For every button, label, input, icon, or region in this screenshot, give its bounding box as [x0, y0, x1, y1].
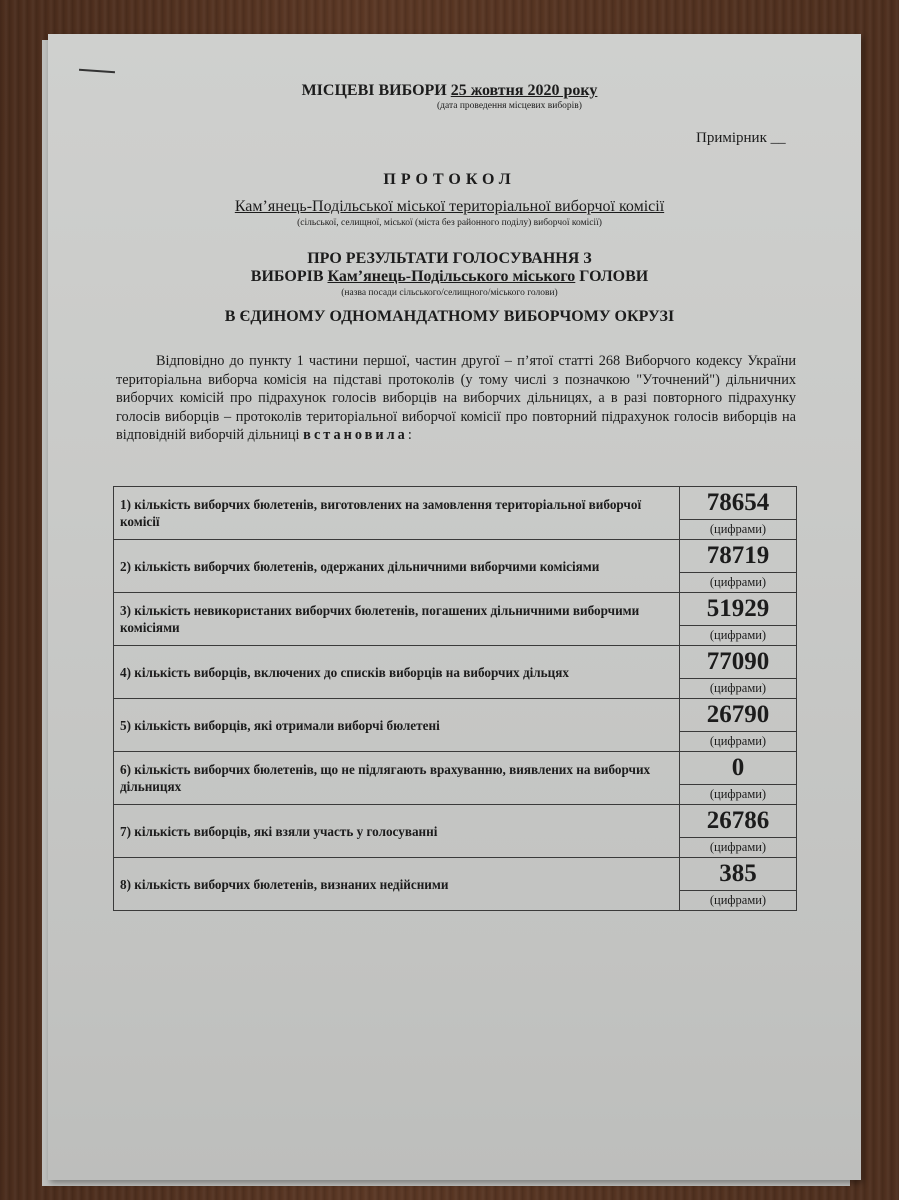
result-value: 26786 [680, 805, 797, 838]
colon: : [408, 427, 412, 443]
preamble-paragraph: Відповідно до пункту 1 частини першої, ч… [116, 352, 796, 445]
digits-hint: (цифрами) [680, 573, 797, 593]
elections-prefix: МІСЦЕВІ ВИБОРИ [302, 82, 447, 99]
result-value: 78719 [680, 540, 797, 573]
result-label: 1) кількість виборчих бюлетенів, виготов… [114, 487, 680, 540]
results-suffix: ГОЛОВИ [579, 268, 648, 285]
result-value: 26790 [680, 699, 797, 732]
elections-heading: МІСЦЕВІ ВИБОРИ 25 жовтня 2020 року [0, 82, 899, 100]
result-label: 2) кількість виборчих бюлетенів, одержан… [114, 540, 680, 593]
result-row: 1) кількість виборчих бюлетенів, виготов… [114, 487, 797, 520]
copy-label: Примірник __ [696, 130, 786, 147]
results-table: 1) кількість виборчих бюлетенів, виготов… [113, 486, 797, 911]
result-label: 3) кількість невикористаних виборчих бюл… [114, 593, 680, 646]
digits-hint: (цифрами) [680, 891, 797, 911]
digits-hint: (цифрами) [680, 520, 797, 540]
result-value: 51929 [680, 593, 797, 626]
result-row: 6) кількість виборчих бюлетенів, що не п… [114, 752, 797, 785]
result-label: 5) кількість виборців, які отримали вибо… [114, 699, 680, 752]
result-row: 8) кількість виборчих бюлетенів, визнани… [114, 858, 797, 891]
result-label: 8) кількість виборчих бюлетенів, визнани… [114, 858, 680, 911]
mayor-city: Кам’янець-Подільського міського [328, 268, 576, 285]
digits-hint: (цифрами) [680, 785, 797, 805]
election-date-hint: (дата проведення місцевих виборів) [437, 101, 582, 111]
results-heading-line2: ВИБОРІВ Кам’янець-Подільського міського … [0, 268, 899, 286]
results-heading-line1: ПРО РЕЗУЛЬТАТИ ГОЛОСУВАННЯ З [0, 250, 899, 268]
result-value: 78654 [680, 487, 797, 520]
result-row: 3) кількість невикористаних виборчих бюл… [114, 593, 797, 626]
result-row: 4) кількість виборців, включених до спис… [114, 646, 797, 679]
digits-hint: (цифрами) [680, 679, 797, 699]
position-hint: (назва посади сільського/селищного/міськ… [0, 288, 899, 298]
result-value: 77090 [680, 646, 797, 679]
digits-hint: (цифрами) [680, 626, 797, 646]
result-label: 7) кількість виборців, які взяли участь … [114, 805, 680, 858]
established-word: встановила [303, 427, 408, 443]
results-prefix: ВИБОРІВ [251, 268, 324, 285]
district-heading: В ЄДИНОМУ ОДНОМАНДАТНОМУ ВИБОРЧОМУ ОКРУЗ… [0, 308, 899, 326]
result-row: 7) кількість виборців, які взяли участь … [114, 805, 797, 838]
result-value: 0 [680, 752, 797, 785]
protocol-title: ПРОТОКОЛ [0, 171, 899, 189]
election-date: 25 жовтня 2020 року [451, 82, 598, 99]
commission-hint: (сільської, селищної, міської (міста без… [0, 218, 899, 228]
digits-hint: (цифрами) [680, 838, 797, 858]
digits-hint: (цифрами) [680, 732, 797, 752]
commission-name: Кам’янець-Подільської міської територіал… [0, 198, 899, 216]
preamble-text: Відповідно до пункту 1 частини першої, ч… [116, 353, 796, 443]
result-label: 6) кількість виборчих бюлетенів, що не п… [114, 752, 680, 805]
result-row: 2) кількість виборчих бюлетенів, одержан… [114, 540, 797, 573]
result-row: 5) кількість виборців, які отримали вибо… [114, 699, 797, 732]
result-value: 385 [680, 858, 797, 891]
result-label: 4) кількість виборців, включених до спис… [114, 646, 680, 699]
